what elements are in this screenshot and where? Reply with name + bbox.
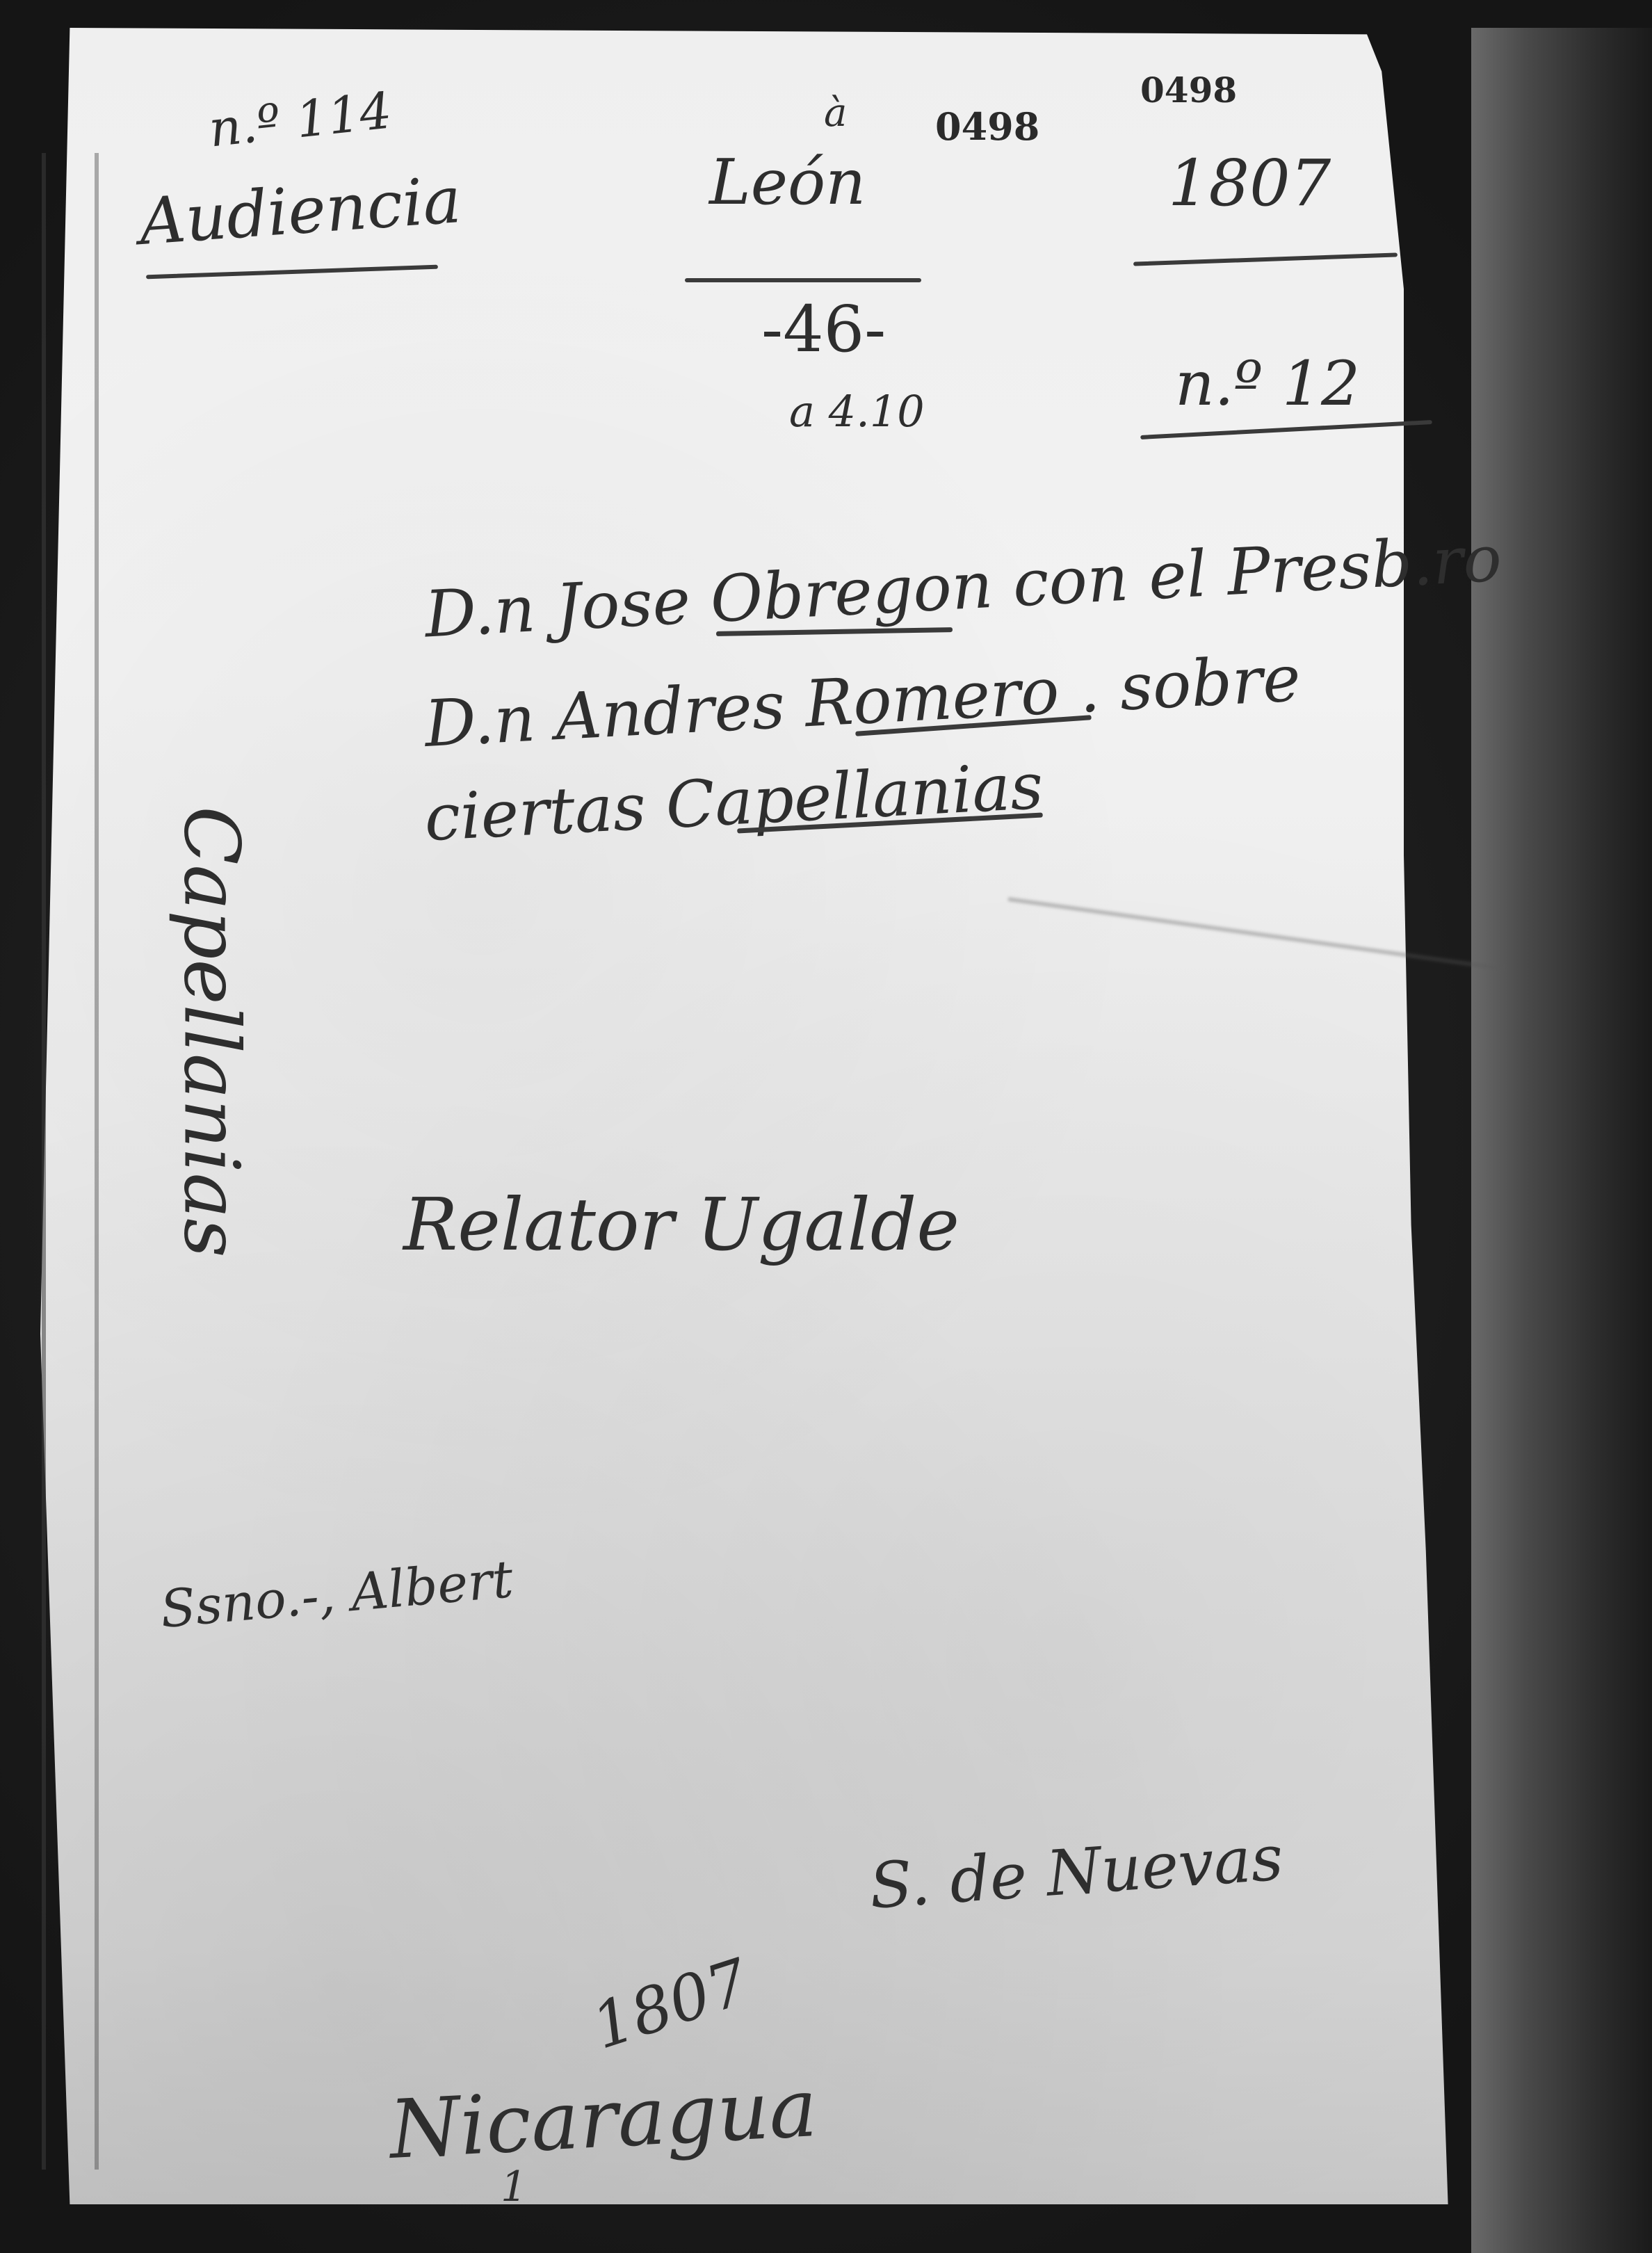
header-range: a 4.10 xyxy=(789,386,925,437)
book-binding xyxy=(1471,28,1652,2253)
margin-note-capellanias: Capellanias xyxy=(168,806,257,1257)
header-center-rule xyxy=(685,278,921,282)
header-superscript: à xyxy=(824,90,847,136)
relator-line: Relator Ugalde xyxy=(403,1182,959,1267)
folder-spine-edge xyxy=(42,153,99,2170)
folio-stamp-center: 0498 xyxy=(935,104,1039,149)
header-leon: León xyxy=(709,146,866,219)
header-expediente-number: n.º 12 xyxy=(1175,348,1360,419)
header-year: 1807 xyxy=(1168,146,1331,220)
header-legajo: -46- xyxy=(761,292,886,366)
footer-mark: 1 xyxy=(501,2163,527,2211)
folio-stamp-right: 0498 xyxy=(1140,70,1237,111)
